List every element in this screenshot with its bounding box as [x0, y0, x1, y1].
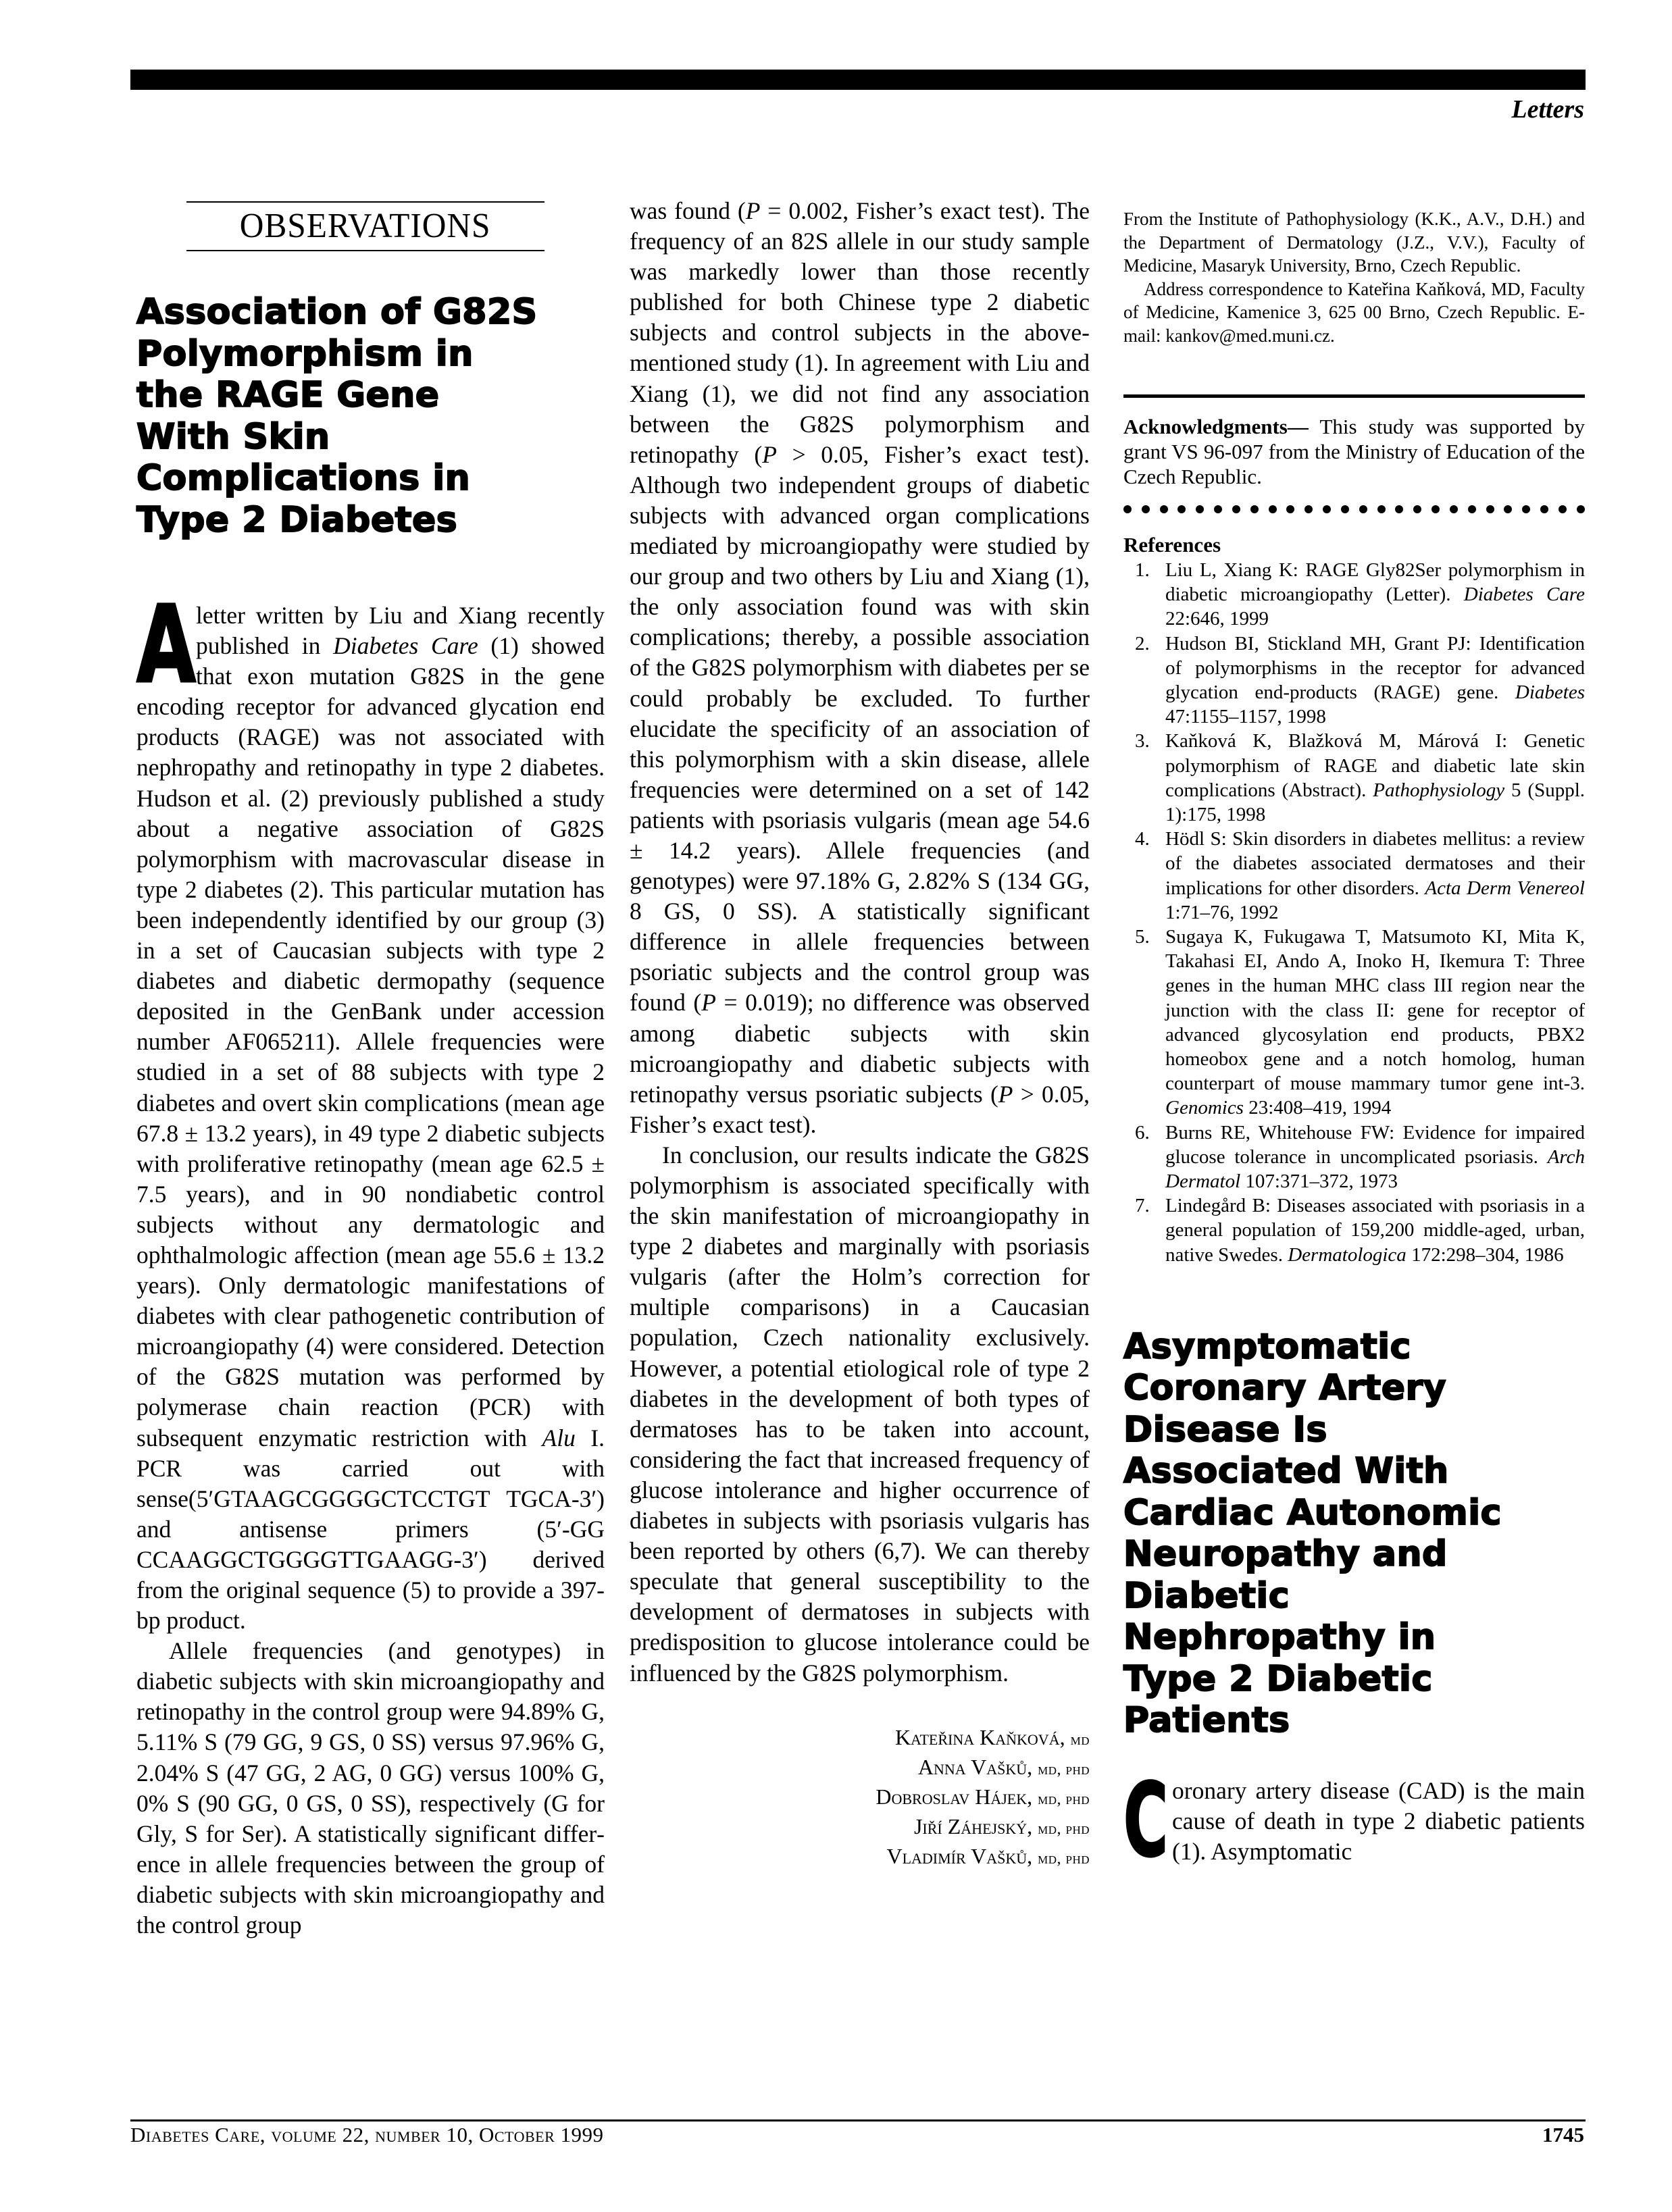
article1-para2: Allele frequencies (and genotypes) in di… [136, 1636, 605, 1940]
article1-body-left: Aletter written by Liu and Xiang recentl… [136, 600, 605, 1940]
reference-item: 5.Sugaya K, Fukugawa T, Matsumoto KI, Mi… [1123, 925, 1585, 1121]
observations-label: OBSERVATIONS [240, 203, 491, 250]
article1-para2-cont: was found (P = 0.002, Fisher’s exact tes… [630, 196, 1090, 1140]
reference-item: 4.Hödl S: Skin disorders in diabetes mel… [1123, 827, 1585, 925]
title-line: Patients [1123, 1700, 1585, 1742]
correspondence: Address correspondence to Kateřina Kaňko… [1123, 278, 1585, 348]
title-line: Coronary Artery [1123, 1368, 1585, 1410]
footer-journal-info: Diabetes Care, volume 22, number 10, Oct… [130, 2123, 604, 2147]
title-line: With Skin [136, 417, 605, 459]
journal-name: Diabetes Care [333, 632, 478, 659]
left-column: Association of G82S Polymorphism in the … [136, 292, 605, 1940]
reference-item: 2.Hudson BI, Stickland MH, Grant PJ: Ide… [1123, 632, 1585, 729]
title-line: Complications in [136, 458, 605, 500]
header-bar [130, 70, 1586, 90]
right-column: From the Institute of Pathophysiology (K… [1123, 207, 1585, 1867]
title-line: Association of G82S [136, 292, 605, 334]
section-label: Letters [1511, 95, 1584, 124]
section-rule [1123, 394, 1585, 398]
article1-conclusion: In conclusion, our results indicate the … [630, 1140, 1090, 1689]
article2-para1: Coronary artery disease (CAD) is the mai… [1123, 1776, 1585, 1867]
title-line: Neuropathy and [1123, 1534, 1585, 1576]
page-number: 1745 [1542, 2123, 1584, 2147]
dropcap-c: C [1123, 1781, 1149, 1866]
author: Vladimír Vašků, md, phd [630, 1843, 1090, 1872]
title-line: Disease Is [1123, 1410, 1585, 1451]
footer-rule [130, 2119, 1586, 2121]
author: Jiří Záhejský, md, phd [630, 1813, 1090, 1843]
title-line: Cardiac Autonomic [1123, 1493, 1585, 1535]
author: Dobroslav Hájek, md, phd [630, 1783, 1090, 1813]
acknowledgments: Acknowledgments— This study was sup­port… [1123, 414, 1585, 489]
article1-title: Association of G82S Polymorphism in the … [136, 292, 605, 541]
article1-body-mid: was found (P = 0.002, Fisher’s exact tes… [630, 196, 1090, 1689]
affiliation-block: From the Institute of Pathophysiology (K… [1123, 207, 1585, 347]
title-line: Polymorphism in [136, 334, 605, 376]
title-line: Diabetic [1123, 1576, 1585, 1618]
title-line: Associated With [1123, 1451, 1585, 1493]
affiliation: From the Institute of Pathophysiology (K… [1123, 207, 1585, 278]
article1-para1: Aletter written by Liu and Xiang recentl… [136, 600, 605, 1636]
title-line: Type 2 Diabetic [1123, 1659, 1585, 1701]
title-line: Asymptomatic [1123, 1327, 1585, 1368]
middle-column: was found (P = 0.002, Fisher’s exact tes… [630, 196, 1090, 1872]
article2-title: Asymptomatic Coronary Artery Disease Is … [1123, 1327, 1585, 1742]
author: Kateřina Kaňková, md [630, 1724, 1090, 1753]
title-line: the RAGE Gene [136, 375, 605, 417]
reference-list: 1.Liu L, Xiang K: RAGE Gly82Ser poly­mor… [1123, 558, 1585, 1267]
title-line: Type 2 Diabetes [136, 500, 605, 542]
dotted-divider [1123, 505, 1585, 517]
title-line: Nephropathy in [1123, 1617, 1585, 1659]
dropcap-a: A [136, 605, 174, 691]
reference-item: 7.Lindegård B: Diseases associated with … [1123, 1193, 1585, 1267]
reference-item: 6.Burns RE, Whitehouse FW: Evidence for … [1123, 1121, 1585, 1194]
reference-item: 3.Kaňková K, Blažková M, Márová I: Genet… [1123, 729, 1585, 827]
author-list: Kateřina Kaňková, md Anna Vašků, md, phd… [630, 1724, 1090, 1872]
observations-banner: OBSERVATIONS [186, 201, 544, 251]
article2-body: Coronary artery disease (CAD) is the mai… [1123, 1776, 1585, 1867]
author: Anna Vašků, md, phd [630, 1753, 1090, 1783]
references-heading: References [1123, 532, 1585, 558]
reference-item: 1.Liu L, Xiang K: RAGE Gly82Ser poly­mor… [1123, 558, 1585, 632]
enzyme-name: Alu [542, 1424, 576, 1451]
